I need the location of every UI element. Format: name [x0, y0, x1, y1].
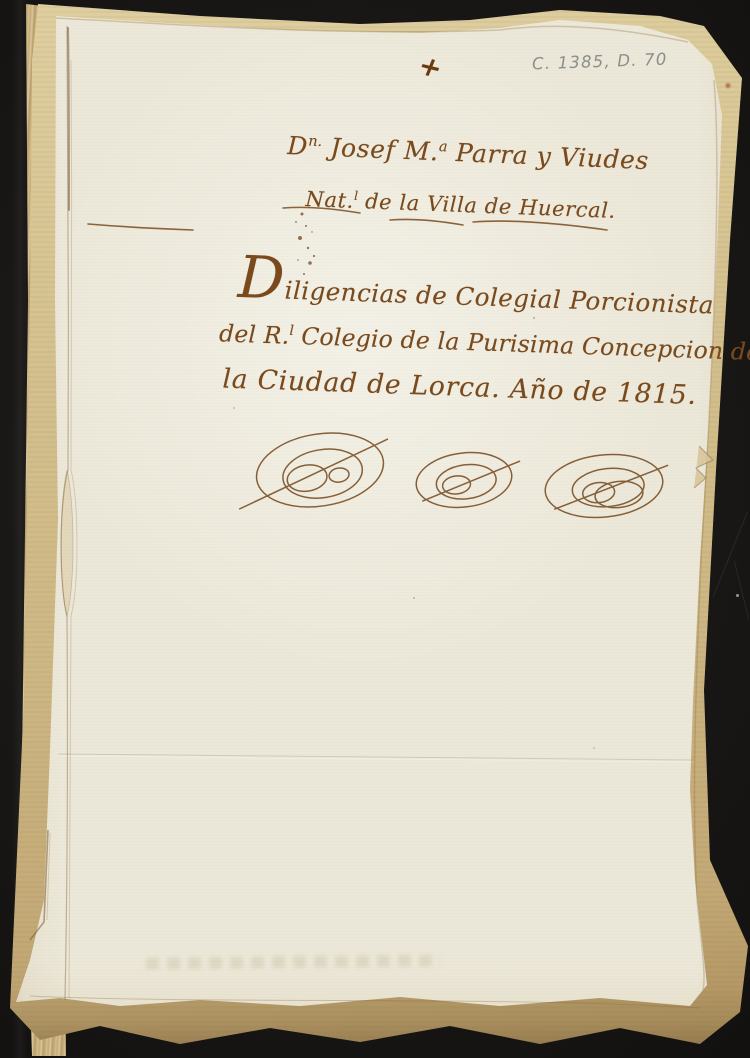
dust-speck — [736, 594, 739, 597]
royal-abbreviation: del R. — [219, 319, 290, 349]
college-text: Colegio de la Purisima Concepcion de — [293, 322, 750, 366]
title-block: Diligencias de Colegial Porcionista del … — [0, 0, 750, 478]
title-line-2: del R.l Colegio de la Purisima Concepcio… — [219, 319, 750, 366]
title-line-1: Diligencias de Colegial Porcionista — [237, 243, 716, 328]
background-scratch — [734, 561, 749, 619]
paper-stain — [724, 82, 732, 89]
title-line-3: la Ciudad de Lorca. Año de 1815. — [222, 363, 697, 411]
dust-specks — [533, 317, 535, 319]
manuscript-scan: + C. 1385, D. 70 Dn. Josef M.a Parra y V… — [0, 0, 750, 1058]
background-scratch — [713, 511, 748, 597]
